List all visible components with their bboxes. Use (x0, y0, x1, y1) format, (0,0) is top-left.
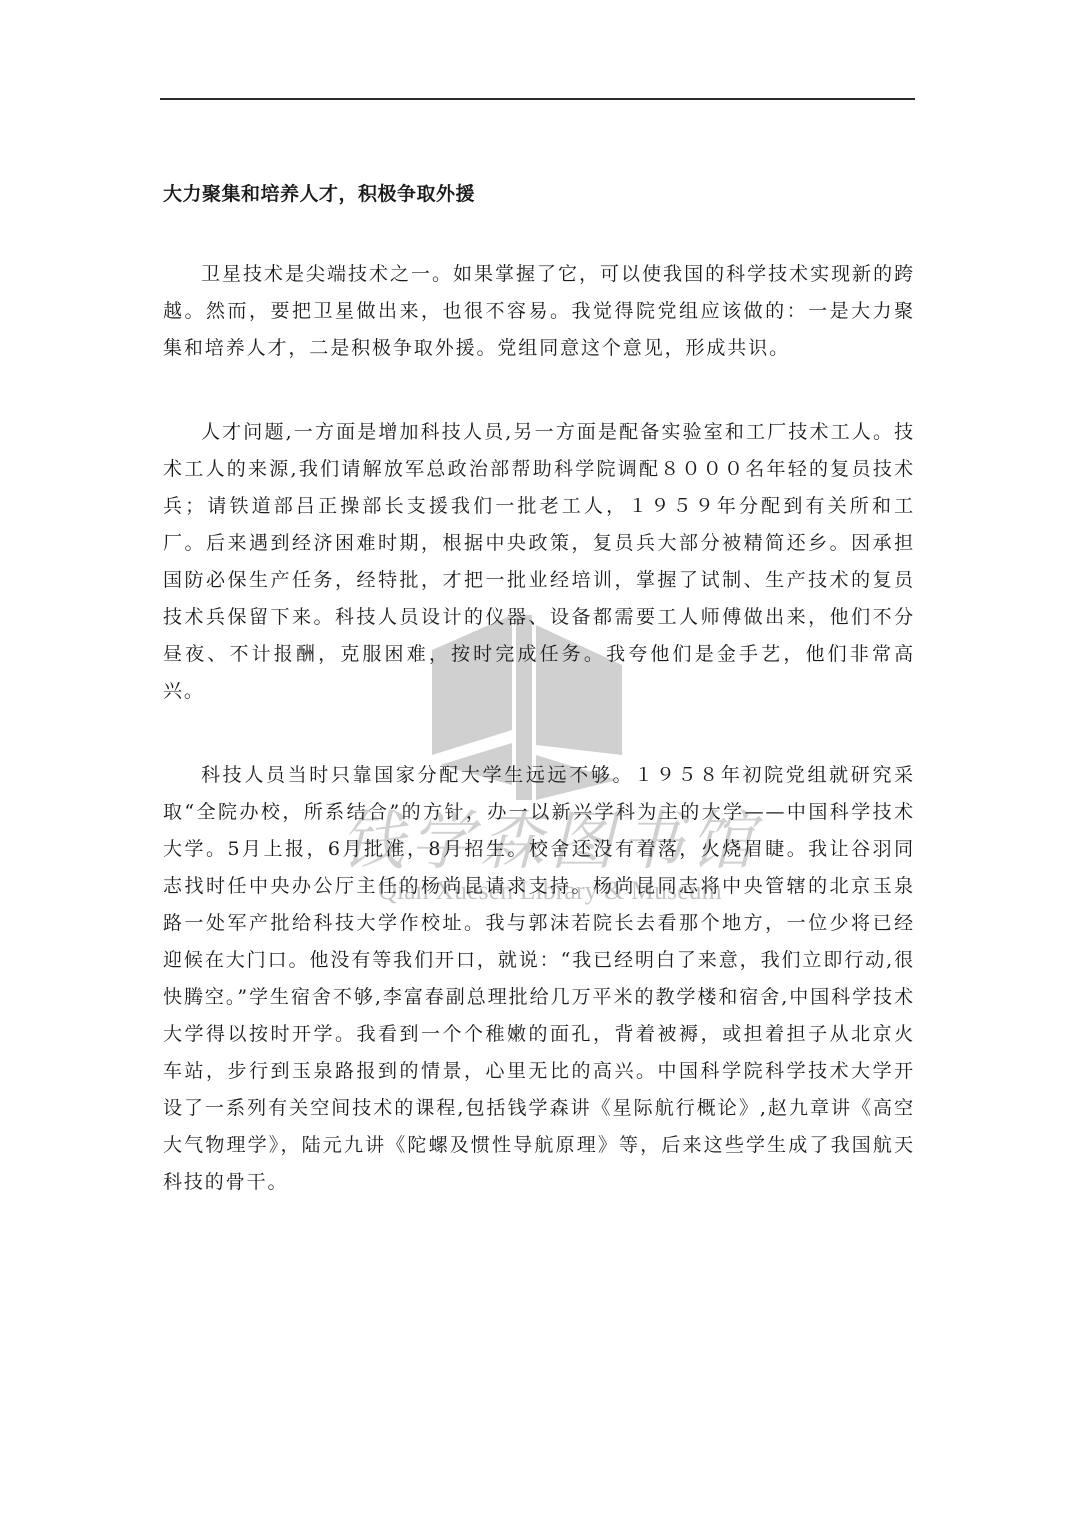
paragraph-3: 科技人员当时只靠国家分配大学生远远不够。１９５８年初院党组就研究采取“全院办校，… (163, 757, 915, 1201)
section-title: 大力聚集和培养人才，积极争取外援 (163, 176, 915, 212)
header-rule (160, 98, 915, 100)
paragraph-1: 卫星技术是尖端技术之一。如果掌握了它，可以使我国的科学技术实现新的跨越。然而，要… (163, 256, 915, 367)
page-body: 大力聚集和培养人才，积极争取外援 卫星技术是尖端技术之一。如果掌握了它，可以使我… (163, 176, 915, 1201)
paragraph-2: 人才问题,一方面是增加科技人员,另一方面是配备实验室和工厂技术工人。技术工人的来… (163, 414, 915, 710)
paragraph-text: 科技人员当时只靠国家分配大学生远远不够。１９５８年初院党组就研究采取“全院办校，… (163, 757, 915, 1201)
paragraph-text: 卫星技术是尖端技术之一。如果掌握了它，可以使我国的科学技术实现新的跨越。然而，要… (163, 256, 915, 367)
paragraph-text: 人才问题,一方面是增加科技人员,另一方面是配备实验室和工厂技术工人。技术工人的来… (163, 414, 915, 710)
